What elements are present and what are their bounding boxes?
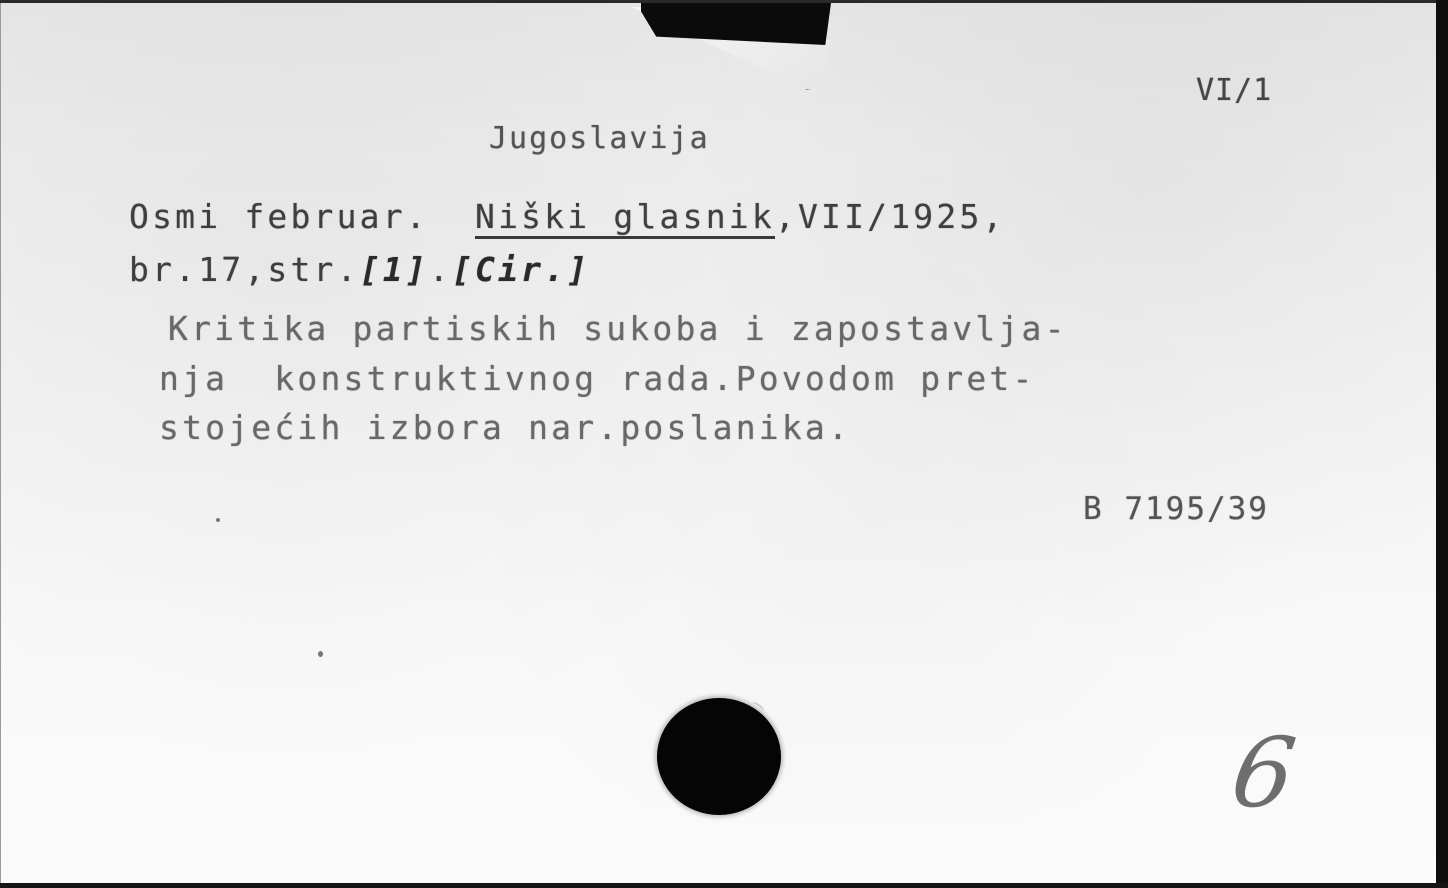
card-tab-shadow bbox=[641, 3, 831, 45]
call-number: B 7195/39 bbox=[1083, 491, 1269, 527]
scan-right-edge bbox=[1436, 0, 1448, 888]
ink-speck bbox=[318, 651, 323, 657]
citation-volume-year: ,VII/1925, bbox=[775, 197, 1006, 236]
citation-date: Osmi februar. bbox=[129, 197, 475, 236]
citation-issue-page: br.17,str. bbox=[129, 250, 360, 289]
abstract-line: stojećih izbora nar.poslanika. bbox=[159, 408, 851, 447]
citation-separator: . bbox=[429, 250, 452, 289]
scan-bottom-edge bbox=[0, 883, 1448, 888]
classification-code: VI/1 bbox=[1196, 73, 1272, 108]
subject-heading: Jugoslavija bbox=[489, 121, 710, 156]
abstract-line: nja konstruktivnog rada.Povodom pret- bbox=[159, 359, 1036, 398]
page-number-bracket: [1] bbox=[360, 250, 429, 289]
handwritten-number: 6 bbox=[1226, 725, 1301, 821]
citation-line-1: Osmi februar. Niški glasnik,VII/1925, bbox=[129, 197, 1006, 236]
abstract-line: Kritika partiskih sukoba i zapostavlja- bbox=[168, 309, 1068, 348]
catalog-card: VI/1 Jugoslavija Osmi februar. Niški gla… bbox=[0, 3, 1437, 883]
script-note-bracket: [Cir.] bbox=[452, 250, 590, 289]
citation-line-2: br.17,str.[1].[Cir.] bbox=[129, 250, 590, 289]
punch-hole bbox=[657, 698, 781, 815]
journal-title: Niški glasnik bbox=[475, 197, 775, 239]
ink-speck bbox=[216, 518, 220, 522]
